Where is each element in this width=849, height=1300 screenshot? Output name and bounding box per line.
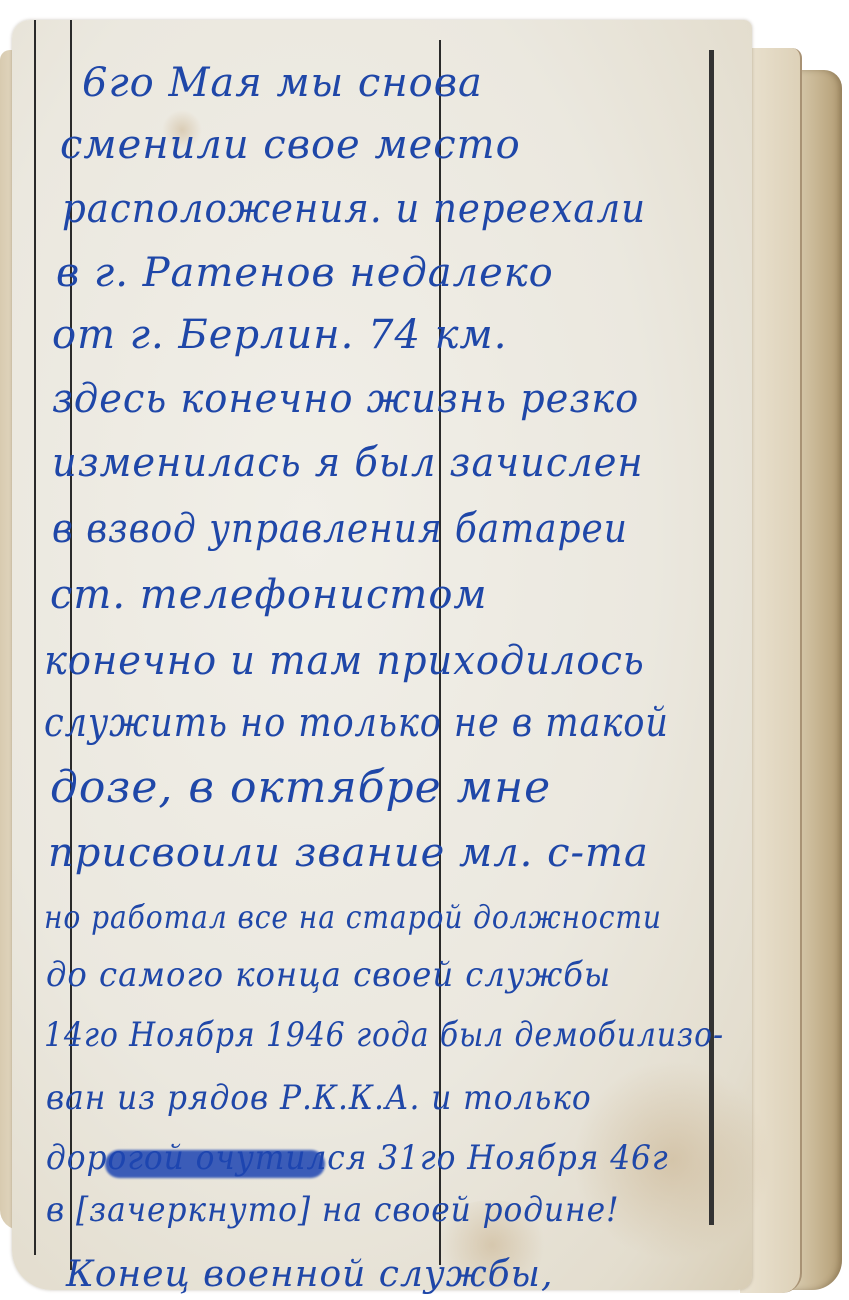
margin-rule-outer <box>34 20 36 1255</box>
text-line: до самого конца своей службы <box>46 955 611 995</box>
text-line: присвоили звание мл. с-та <box>48 830 649 876</box>
text-line: 14го Ноября 1946 года был демобилизо- <box>44 1015 724 1055</box>
text-line: в [зачеркнуто] на своей родине! <box>46 1190 620 1230</box>
text-line: 6го Мая мы снова <box>82 60 483 106</box>
crossed-out-word <box>105 1150 325 1178</box>
text-line: в г. Ратенов недалеко <box>56 250 554 296</box>
text-line: служить но только не в такой <box>44 700 669 746</box>
text-line: ст. телефонистом <box>50 572 488 618</box>
text-line: изменилась я был зачислен <box>52 440 644 486</box>
text-line: но работал все на старой должности <box>44 898 662 936</box>
text-line: конечно и там приходилось <box>44 638 645 684</box>
text-line: ван из рядов Р.К.К.А. и только <box>46 1078 592 1118</box>
text-line: в взвод управления батареи <box>52 506 628 552</box>
text-line: сменили свое место <box>60 122 521 168</box>
text-line: от г. Берлин. 74 км. <box>52 312 507 358</box>
text-line: дозе, в октябре мне <box>50 762 551 813</box>
text-line: Конец военной службы, <box>66 1254 553 1295</box>
text-line: здесь конечно жизнь резко <box>52 376 639 422</box>
text-line: расположения. и переехали <box>62 186 646 232</box>
